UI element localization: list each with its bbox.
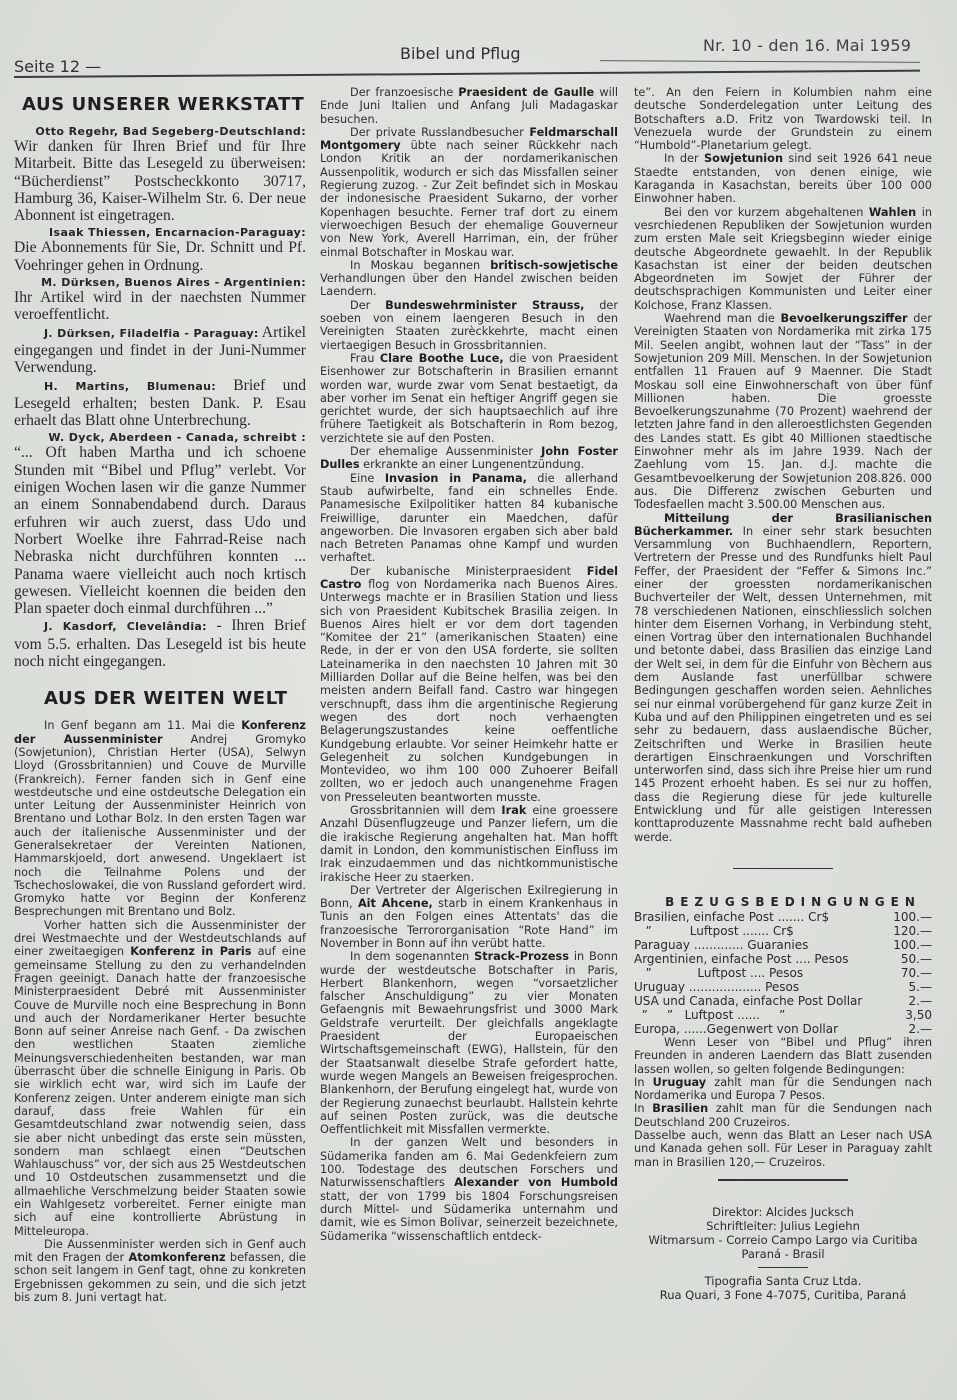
price-row: ” ” Luftpost ...... ”3,50 (634, 1008, 932, 1022)
news-keyword: Wahlen (869, 206, 916, 219)
news-keyword: Atomkonferenz (128, 1251, 225, 1264)
news-keyword: Brasilien (652, 1102, 708, 1115)
price-row: Brasilien, einfache Post ....... Cr$100.… (634, 910, 932, 924)
news-paragraph: Der Bundeswehrminister Strauss, der soeb… (320, 299, 618, 352)
news-paragraph: In dem sogenannten Strack-Prozess in Bon… (320, 950, 618, 1136)
section-title-werkstatt: AUS UNSERER WERKSTATT (22, 94, 306, 115)
news-paragraph: Der kubanische Ministerpraesident Fidel … (320, 565, 618, 804)
news-keyword: Bevoelkerungsziffer (780, 312, 907, 325)
news-paragraph: In Moskau begannen britisch-sowjetische … (320, 259, 618, 299)
imprint-director: Direktor: Alcides Jucksch (634, 1205, 932, 1219)
price-row: Paraguay ............. Guaranies100.— (634, 938, 932, 952)
news-paragraph: te”. An den Feiern in Kolumbien nahm ein… (634, 86, 932, 152)
letter-sender: J. Dürksen, Filadelfia - Paraguay: (44, 327, 259, 340)
news-keyword: Alexander von Humbold (454, 1176, 618, 1189)
letter-item: H. Martins, Blumenau: Brief und Lesegeld… (14, 377, 306, 430)
letter-sender: W. Dyck, Aberdeen - Canada, schreibt : (14, 431, 306, 444)
news-paragraph: In Uruguay zahlt man für die Sendungen n… (634, 1076, 932, 1103)
page-number: Seite 12 — (14, 57, 101, 76)
letter-sender: Isaak Thiessen, Encarnacion-Paraguay: (14, 226, 306, 239)
news-keyword: Strack-Prozess (474, 950, 569, 963)
letter-sender: Otto Regehr, Bad Segeberg-Deutschland: (14, 125, 306, 138)
price-row: USA und Canada, einfache Post Dollar2.— (634, 994, 932, 1008)
price-amount: 2.— (882, 994, 932, 1008)
news-paragraph: Frau Clare Boothe Luce, die von Praeside… (320, 352, 618, 445)
news-keyword: Fidel Castro (320, 565, 618, 591)
imprint: Direktor: Alcides Jucksch Schriftleiter:… (634, 1205, 932, 1302)
news-keyword: Konferenz in Paris (130, 945, 251, 958)
letter-sender: J. Kasdorf, Clevelândia: (44, 620, 207, 633)
price-label: Paraguay ............. Guaranies (634, 938, 882, 952)
letter-item: J. Dürksen, Filadelfia - Paraguay: Artik… (14, 324, 306, 377)
price-label: ” Luftpost .... Pesos (634, 966, 882, 980)
imprint-address-2: Paraná - Brasil (634, 1247, 932, 1261)
price-list: Brasilien, einfache Post ....... Cr$100.… (634, 910, 932, 1036)
news-keyword: Clare Boothe Luce, (380, 352, 504, 365)
issue-date: Nr. 10 - den 16. Mai 1959 (703, 36, 911, 55)
price-label: Uruguay ................... Pesos (634, 980, 882, 994)
imprint-printer-address: Rua Quari, 3 Fone 4-7075, Curitiba, Para… (634, 1288, 932, 1302)
section-title-welt: AUS DER WEITEN WELT (44, 688, 306, 709)
price-label: ” Luftpost ....... Cr$ (634, 924, 882, 938)
news-keyword: Sowjetunion (704, 152, 783, 165)
header-rule-upper (600, 60, 920, 63)
news-paragraph: Mitteilung der Brasilianischen Bücherkam… (634, 512, 932, 844)
price-label: USA und Canada, einfache Post Dollar (634, 994, 882, 1008)
news-paragraph: Der franzoesische Praesident de Gaulle w… (320, 86, 618, 126)
news-keyword: Praesident de Gaulle (458, 86, 594, 99)
news-paragraph: Wenn Leser von “Bibel und Pflug” ihren F… (634, 1036, 932, 1076)
news-paragraph: Grossbritannien will dem Irak eine groes… (320, 804, 618, 884)
price-row: ” Luftpost .... Pesos70.— (634, 966, 932, 980)
price-amount: 100.— (882, 910, 932, 924)
price-label: Europa, ......Gegenwert von Dollar (634, 1022, 882, 1036)
price-label: Argentinien, einfache Post .... Pesos (634, 952, 882, 966)
letter-item: Ihr Artikel wird in der naechsten Nummer… (14, 289, 306, 324)
price-label: Brasilien, einfache Post ....... Cr$ (634, 910, 882, 924)
world-news-col2: Der franzoesische Praesident de Gaulle w… (320, 86, 618, 1243)
news-keyword: Uruguay (653, 1076, 707, 1089)
paper-title: Bibel und Pflug (400, 44, 521, 63)
world-news-col1: In Genf begann am 11. Mai die Konferenz … (14, 719, 306, 1304)
news-keyword: britisch-sowjetische (490, 259, 618, 272)
news-keyword: Ait Ahcene, (358, 897, 433, 910)
news-paragraph: Die Aussenminister werden sich in Genf a… (14, 1238, 306, 1304)
page-header: Seite 12 — Bibel und Pflug Nr. 10 - den … (0, 0, 957, 80)
price-row: Argentinien, einfache Post .... Pesos50.… (634, 952, 932, 966)
news-keyword: Mitteilung der Brasilianischen Bücherkam… (634, 512, 932, 538)
world-news-col3: te”. An den Feiern in Kolumbien nahm ein… (634, 86, 932, 844)
divider (733, 868, 833, 869)
news-paragraph: Der private Russlandbesucher Feldmarscha… (320, 126, 618, 259)
price-amount: 3,50 (882, 1008, 932, 1022)
news-paragraph: In der ganzen Welt und besonders in Süda… (320, 1136, 618, 1242)
imprint-address: Witmarsum - Correio Campo Largo via Curi… (634, 1233, 932, 1247)
news-keyword: John Foster Dulles (320, 445, 618, 471)
subscription-notes: Wenn Leser von “Bibel und Pflug” ihren F… (634, 1036, 932, 1169)
price-amount: 50.— (882, 952, 932, 966)
imprint-editor: Schriftleiter: Julius Legiehn (634, 1219, 932, 1233)
news-paragraph: Der Vertreter der Algerischen Exilregier… (320, 884, 618, 950)
price-amount: 120.— (882, 924, 932, 938)
price-label: ” ” Luftpost ...... ” (634, 1008, 882, 1022)
news-paragraph: Vorher hatten sich die Aussenminister de… (14, 919, 306, 1238)
news-keyword: Bundeswehrminister Strauss, (385, 299, 584, 312)
divider (758, 1267, 808, 1268)
news-paragraph: Eine Invasion in Panama, die allerhand S… (320, 472, 618, 565)
column-2: Der franzoesische Praesident de Gaulle w… (320, 86, 618, 1243)
letter-item: “... Oft haben Martha und ich schoene St… (14, 444, 306, 617)
news-keyword: Feldmarschall Montgomery (320, 126, 618, 152)
news-paragraph: In Brasilien zahlt man für die Sendungen… (634, 1102, 932, 1129)
price-amount: 70.— (882, 966, 932, 980)
price-row: ” Luftpost ....... Cr$120.— (634, 924, 932, 938)
column-1: AUS UNSERER WERKSTATT Otto Regehr, Bad S… (14, 86, 306, 1304)
news-paragraph: Dasselbe auch, wenn das Blatt an Leser n… (634, 1129, 932, 1169)
price-amount: 100.— (882, 938, 932, 952)
column-3: te”. An den Feiern in Kolumbien nahm ein… (634, 86, 932, 1302)
news-paragraph: In Genf begann am 11. Mai die Konferenz … (14, 719, 306, 918)
news-keyword: Invasion in Panama, (385, 472, 527, 485)
news-paragraph: Waehrend man die Bevoelkerungsziffer der… (634, 312, 932, 511)
news-paragraph: In der Sowjetunion sind seit 1926 641 ne… (634, 152, 932, 205)
price-row: Uruguay ................... Pesos5.— (634, 980, 932, 994)
header-rule (14, 70, 920, 78)
letter-item: Wir danken für Ihren Brief und für Ihre … (14, 138, 306, 224)
divider (718, 1179, 848, 1181)
letter-item: J. Kasdorf, Clevelândia: - Ihren Brief v… (14, 617, 306, 670)
subscription-title: BEZUGSBEDINGUNGEN (654, 895, 932, 909)
news-paragraph: Bei den vor kurzem abgehaltenen Wahlen i… (634, 206, 932, 312)
letter-item: Die Abonnements für Sie, Dr. Schnitt und… (14, 239, 306, 274)
letters-list: Otto Regehr, Bad Segeberg-Deutschland:Wi… (14, 125, 306, 670)
news-keyword: Konferenz der Aussenminister (14, 719, 306, 745)
imprint-printer: Tipografia Santa Cruz Ltda. (634, 1274, 932, 1288)
letter-sender: M. Dürksen, Buenos Aires - Argentinien: (14, 276, 306, 289)
news-paragraph: Der ehemalige Aussenminister John Foster… (320, 445, 618, 472)
price-amount: 5.— (882, 980, 932, 994)
price-row: Europa, ......Gegenwert von Dollar2.— (634, 1022, 932, 1036)
price-amount: 2.— (882, 1022, 932, 1036)
news-keyword: Irak (501, 804, 526, 817)
letter-sender: H. Martins, Blumenau: (44, 380, 216, 393)
